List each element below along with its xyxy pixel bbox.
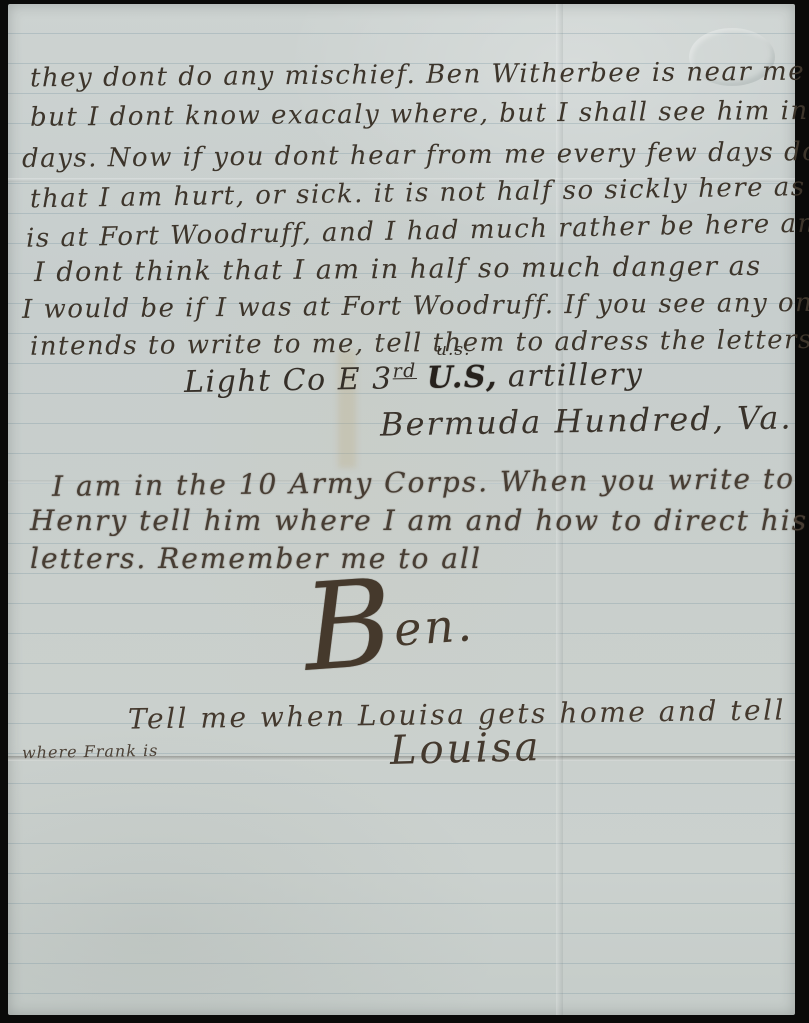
scanned-letter-page: they dont do any mischief. Ben Witherbee… xyxy=(0,0,809,1023)
letter-body-line: but I dont know exacaly where, but I sha… xyxy=(30,95,809,133)
signature-flourished-initial: B xyxy=(299,554,398,699)
address-ordinal: rd xyxy=(392,360,417,382)
address-interlined-correction: u.s. xyxy=(436,340,470,360)
letter-body-line: I dont think that I am in half so much d… xyxy=(34,251,762,288)
letter-closing-line: I am in the 10 Army Corps. When you writ… xyxy=(52,462,795,503)
letter-body-line: is at Fort Woodruff, and I had much rath… xyxy=(26,208,809,254)
postscript-name: Louisa xyxy=(389,724,542,774)
letter-body-line: I would be if I was at Fort Woodruff. If… xyxy=(22,287,809,325)
postscript-margin-note: where Frank is xyxy=(22,741,159,762)
address-line-1: Light Co E 3rdU.S,artillery xyxy=(184,356,644,400)
signature: Ben. xyxy=(300,558,478,690)
letter-paper: they dont do any mischief. Ben Witherbee… xyxy=(8,4,795,1015)
signature-remainder: en. xyxy=(392,597,476,656)
address-branch-text: artillery xyxy=(508,357,644,394)
address-line-2: Bermuda Hundred, Va. xyxy=(380,398,793,443)
letter-body-line: days. Now if you dont hear from me every… xyxy=(22,136,809,174)
address-unit-text: Light Co E 3 xyxy=(184,361,393,400)
letter-body-line: they dont do any mischief. Ben Witherbee… xyxy=(30,57,805,94)
letter-body-line: intends to write to me, tell them to adr… xyxy=(30,324,809,362)
address-overwritten-text: U.S, xyxy=(427,360,499,396)
letter-closing-line: Henry tell him where I am and how to dir… xyxy=(30,504,808,537)
